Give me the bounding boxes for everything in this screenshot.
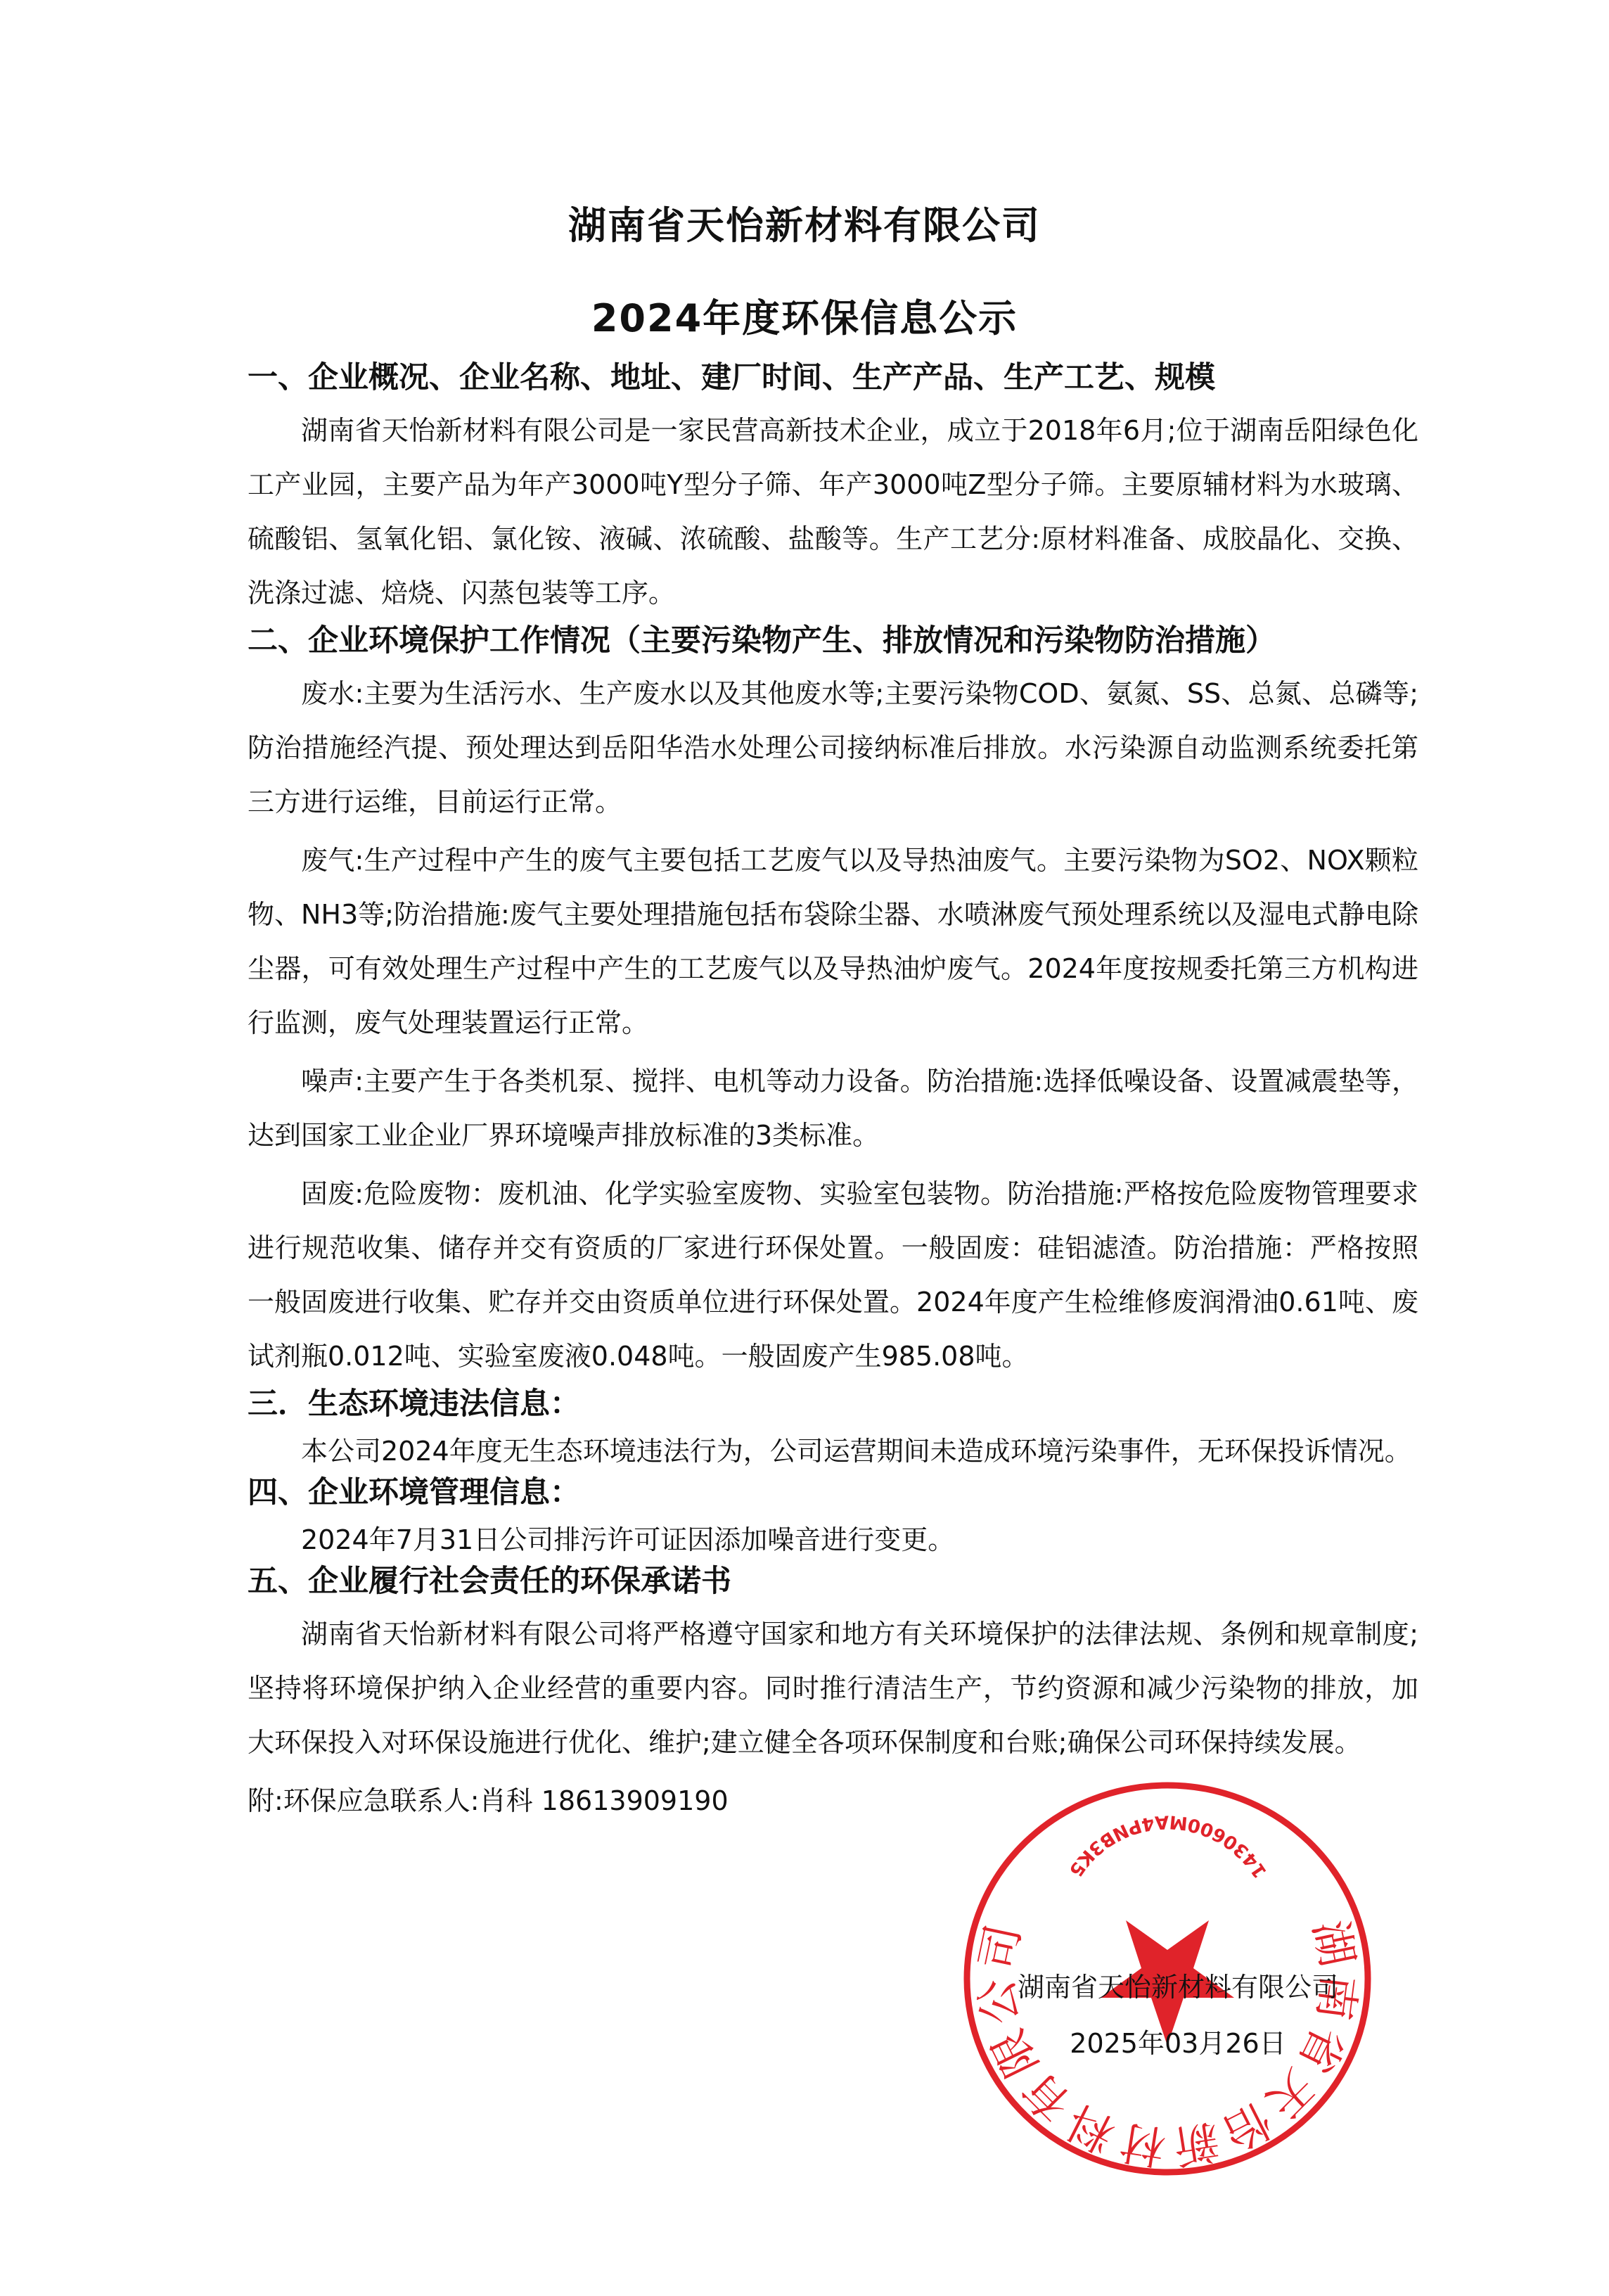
section-heading: 二、企业环境保护工作情况（主要污染物产生、排放情况和污染物防治措施） xyxy=(248,620,1418,661)
section-5: 五、企业履行社会责任的环保承诺书 湖南省天怡新材料有限公司将严格遵守国家和地方有… xyxy=(248,1561,1418,1770)
section-heading: 一、企业概况、企业名称、地址、建厂时间、生产产品、生产工艺、规模 xyxy=(248,357,1418,398)
section-1: 一、企业概况、企业名称、地址、建厂时间、生产产品、生产工艺、规模 湖南省天怡新材… xyxy=(248,357,1418,620)
section-3: 三．生态环境违法信息： 本公司2024年度无生态环境违法行为，公司运营期间未造成… xyxy=(248,1384,1418,1472)
notice-title: 2024年度环保信息公示 xyxy=(0,288,1609,343)
noise-paragraph: 噪声:主要产生于各类机泵、搅拌、电机等动力设备。防治措施:选择低噪设备、设置减震… xyxy=(248,1054,1418,1163)
section-paragraph: 湖南省天怡新材料有限公司是一家民营高新技术企业，成立于2018年6月;位于湖南岳… xyxy=(248,404,1418,620)
document-page: 湖南省天怡新材料有限公司 2024年度环保信息公示 一、企业概况、企业名称、地址… xyxy=(0,0,1609,2296)
solid-waste-paragraph: 固废:危险废物：废机油、化学实验室废物、实验室包装物。防治措施:严格按危险废物管… xyxy=(248,1167,1418,1384)
signature-company: 湖南省天怡新材料有限公司 xyxy=(981,1959,1375,2015)
document-body: 一、企业概况、企业名称、地址、建厂时间、生产产品、生产工艺、规模 湖南省天怡新材… xyxy=(248,357,1418,1828)
wastewater-paragraph: 废水:主要为生活污水、生产废水以及其他废水等;主要污染物COD、氨氮、SS、总氮… xyxy=(248,667,1418,829)
section-heading: 四、企业环境管理信息： xyxy=(248,1472,1418,1513)
section-paragraph: 2024年7月31日公司排污许可证因添加噪音进行变更。 xyxy=(248,1519,1418,1561)
section-2: 二、企业环境保护工作情况（主要污染物产生、排放情况和污染物防治措施） 废水:主要… xyxy=(248,620,1418,1384)
exhaust-gas-paragraph: 废气:生产过程中产生的废气主要包括工艺废气以及导热油废气。主要污染物为SO2、N… xyxy=(248,834,1418,1050)
section-heading: 三．生态环境违法信息： xyxy=(248,1384,1418,1424)
signature-block: 湖南省天怡新材料有限公司 2025年03月26日 xyxy=(981,1959,1375,2072)
company-title: 湖南省天怡新材料有限公司 xyxy=(0,196,1609,250)
section-paragraph: 湖南省天怡新材料有限公司将严格遵守国家和地方有关环境保护的法律法规、条例和规章制… xyxy=(248,1607,1418,1770)
section-4: 四、企业环境管理信息： 2024年7月31日公司排污许可证因添加噪音进行变更。 xyxy=(248,1472,1418,1561)
section-heading: 五、企业履行社会责任的环保承诺书 xyxy=(248,1561,1418,1602)
section-paragraph: 本公司2024年度无生态环境违法行为，公司运营期间未造成环境污染事件，无环保投诉… xyxy=(248,1430,1418,1472)
signature-date: 2025年03月26日 xyxy=(981,2015,1375,2072)
